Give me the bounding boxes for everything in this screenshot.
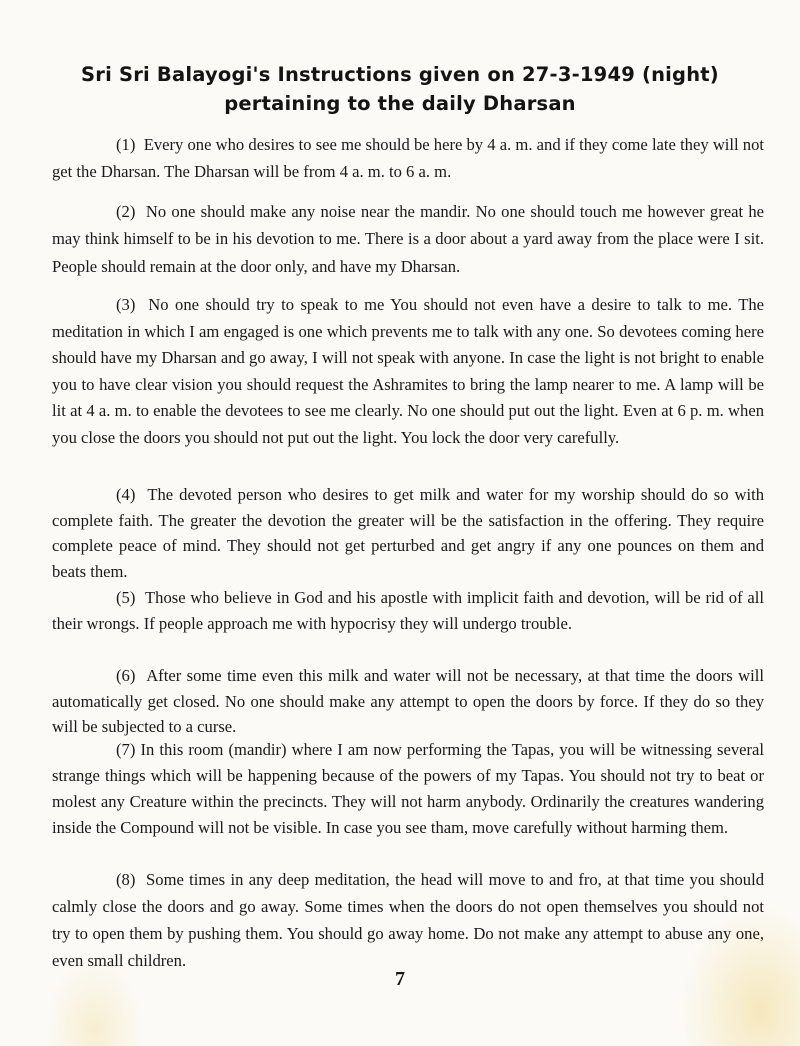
paragraph-text: In this room (mandir) where I am now per… <box>52 740 764 837</box>
paragraph-number: (7) <box>116 740 135 759</box>
page-title: Sri Sri Balayogi's Instructions given on… <box>0 63 800 86</box>
instruction-paragraph-4: (4) The devoted person who desires to ge… <box>52 482 764 584</box>
instruction-paragraph-5: (5) Those who believe in God and his apo… <box>52 585 764 636</box>
instruction-paragraph-3: (3) No one should try to speak to me You… <box>52 292 764 452</box>
paragraph-text: Every one who desires to see me should b… <box>52 135 764 181</box>
instruction-paragraph-6: (6) After some time even this milk and w… <box>52 663 764 740</box>
paragraph-number: (4) <box>116 485 135 504</box>
paragraph-text: No one should try to speak to me You sho… <box>52 295 764 447</box>
paragraph-text: The devoted person who desires to get mi… <box>52 485 764 581</box>
paragraph-text: After some time even this milk and water… <box>52 666 764 736</box>
document-page: Sri Sri Balayogi's Instructions given on… <box>0 0 800 1046</box>
instruction-paragraph-7: (7) In this room (mandir) where I am now… <box>52 737 764 841</box>
paragraph-text: Some times in any deep meditation, the h… <box>52 870 764 970</box>
page-subtitle: pertaining to the daily Dharsan <box>0 92 800 115</box>
instruction-paragraph-2: (2) No one should make any noise near th… <box>52 198 764 280</box>
paragraph-text: No one should make any noise near the ma… <box>52 202 764 276</box>
page-number: 7 <box>0 968 800 991</box>
paragraph-number: (6) <box>116 666 135 685</box>
paragraph-number: (1) <box>116 135 135 154</box>
instruction-paragraph-8: (8) Some times in any deep meditation, t… <box>52 866 764 974</box>
paragraph-number: (3) <box>116 295 135 314</box>
paragraph-number: (5) <box>116 588 135 607</box>
paragraph-number: (2) <box>116 202 135 221</box>
instruction-paragraph-1: (1) Every one who desires to see me shou… <box>52 131 764 186</box>
paragraph-text: Those who believe in God and his apostle… <box>52 588 764 633</box>
paragraph-number: (8) <box>116 870 135 889</box>
